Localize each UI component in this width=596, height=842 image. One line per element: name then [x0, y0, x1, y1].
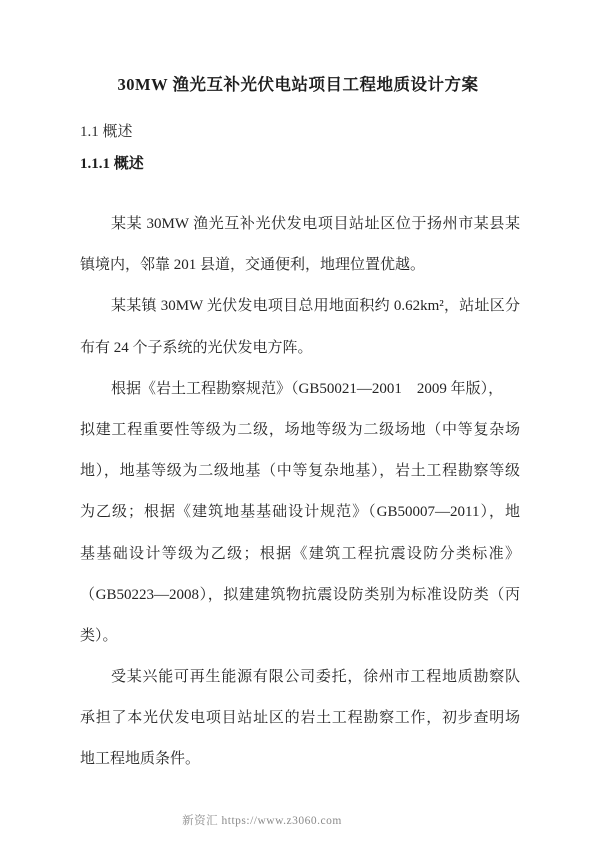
- text-line: 类）。: [80, 616, 520, 657]
- text-line: 地），地基等级为二级地基（中等复杂地基），岩土工程勘察等级: [80, 451, 520, 492]
- document-title: 30MW 渔光互补光伏电站项目工程地质设计方案: [0, 74, 596, 96]
- text-line: 地工程地质条件。: [80, 739, 520, 780]
- text-line: （GB50223—2008），拟建建筑物抗震设防类别为标准设防类（丙: [80, 575, 520, 616]
- text-line: 基基础设计等级为乙级；根据《建筑工程抗震设防分类标准》: [80, 534, 520, 575]
- text-line: 布有 24 个子系统的光伏发电方阵。: [80, 328, 520, 369]
- subsection-heading-1-1-1: 1.1.1 概述: [80, 154, 144, 174]
- text-line: 承担了本光伏发电项目站址区的岩土工程勘察工作，初步查明场: [80, 698, 520, 739]
- text-line: 根据《岩土工程勘察规范》（GB50021—2001 2009 年版），: [80, 369, 520, 410]
- paragraph: 某某镇 30MW 光伏发电项目总用地面积约 0.62km²，站址区分 布有 24…: [80, 286, 520, 368]
- text-line: 受某兴能可再生能源有限公司委托，徐州市工程地质勘察队: [80, 657, 520, 698]
- paragraph: 某某 30MW 渔光互补光伏发电项目站址区位于扬州市某县某 镇境内，邻靠 201…: [80, 204, 520, 286]
- paragraph: 根据《岩土工程勘察规范》（GB50021—2001 2009 年版）， 拟建工程…: [80, 369, 520, 657]
- text-line: 拟建工程重要性等级为二级，场地等级为二级场地（中等复杂场: [80, 410, 520, 451]
- text-line: 某某镇 30MW 光伏发电项目总用地面积约 0.62km²，站址区分: [80, 286, 520, 327]
- text-line: 为乙级；根据《建筑地基基础设计规范》（GB50007—2011），地: [80, 492, 520, 533]
- document-body: 某某 30MW 渔光互补光伏发电项目站址区位于扬州市某县某 镇境内，邻靠 201…: [80, 204, 520, 781]
- text-line: 镇境内，邻靠 201 县道，交通便利，地理位置优越。: [80, 245, 520, 286]
- paragraph: 受某兴能可再生能源有限公司委托，徐州市工程地质勘察队 承担了本光伏发电项目站址区…: [80, 657, 520, 781]
- watermark-footer: 新资汇 https://www.z3060.com: [0, 812, 524, 830]
- text-line: 某某 30MW 渔光互补光伏发电项目站址区位于扬州市某县某: [80, 204, 520, 245]
- document-page: 30MW 渔光互补光伏电站项目工程地质设计方案 1.1 概述 1.1.1 概述 …: [0, 0, 596, 842]
- section-heading-1-1: 1.1 概述: [80, 122, 133, 142]
